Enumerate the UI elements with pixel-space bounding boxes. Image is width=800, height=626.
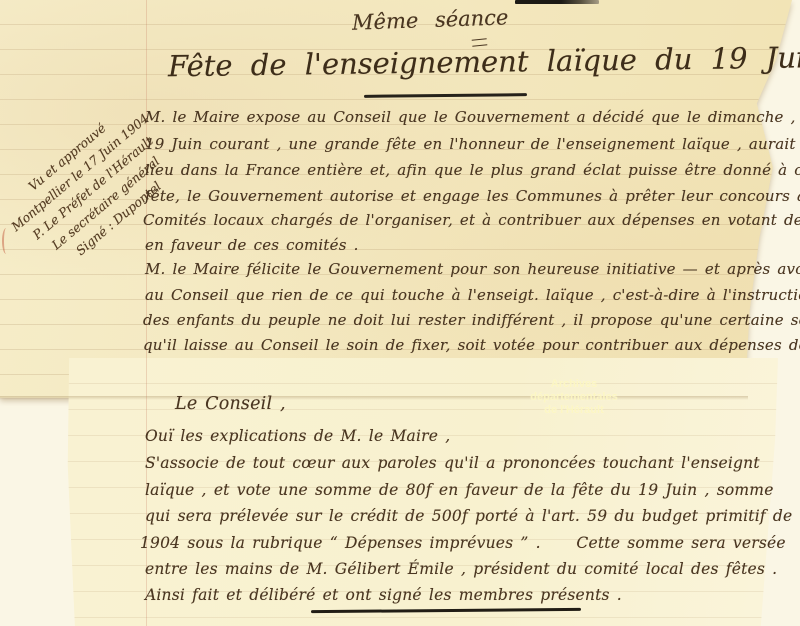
- archive-watermark-line: Archives: [492, 378, 656, 391]
- manuscript-line: entre les mains de M. Gélibert Émile , p…: [145, 560, 777, 578]
- manuscript-line: fête, le Gouvernement autorise et engage…: [145, 187, 800, 205]
- manuscript-line: qu'il laisse au Conseil le soin de fixer…: [143, 336, 800, 354]
- manuscript-line: au Conseil que rien de ce qui touche à l…: [145, 286, 800, 304]
- manuscript-line: en faveur de ces comités .: [145, 236, 359, 254]
- manuscript-line: M. le Maire expose au Conseil que le Gou…: [145, 108, 796, 126]
- manuscript-line: S'associe de tout cœur aux paroles qu'il…: [145, 454, 760, 472]
- archive-watermark-line: de l'Hérault: [492, 404, 656, 417]
- manuscript-line: Ainsi fait et délibéré et ont signé les …: [145, 586, 622, 604]
- archive-watermark: Archives départementales de l'Hérault: [492, 378, 656, 418]
- manuscript-line: laïque , et vote une somme de 80f en fav…: [145, 481, 774, 499]
- manuscript-line: M. le Maire félicite le Gouvernement pou…: [145, 260, 800, 278]
- manuscript-line: Comités locaux chargés de l'organiser, e…: [143, 211, 800, 229]
- manuscript-line: des enfants du peuple ne doit lui rester…: [143, 311, 800, 329]
- manuscript-line: Le Conseil ,: [175, 394, 286, 414]
- manuscript-line: lieu dans la France entière et, afin que…: [145, 161, 800, 179]
- manuscript-line: qui sera prélevée sur le crédit de 500f …: [145, 507, 792, 525]
- manuscript-line: 19 Juin courant , une grande fête en l'h…: [145, 135, 796, 153]
- manuscript-line: Ouï les explications de M. le Maire ,: [145, 427, 450, 445]
- scanned-register-page: Même séance Fête de l'enseignement laïqu…: [0, 0, 800, 626]
- scan-artifact-bar: [515, 0, 599, 4]
- manuscript-line: 1904 sous la rubrique “ Dépenses imprévu…: [140, 534, 786, 552]
- archive-watermark-line: départementales: [492, 391, 656, 404]
